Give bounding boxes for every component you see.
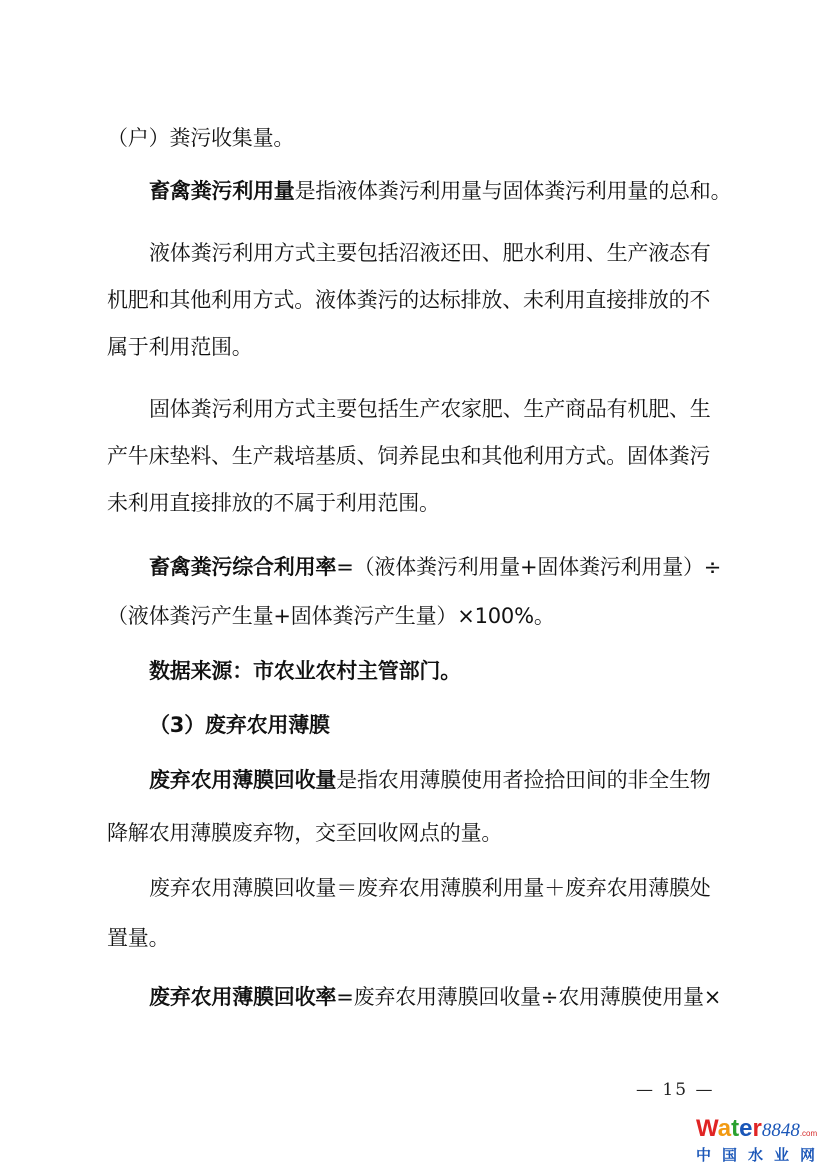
term-bold: 数据来源：市农业农村主管部门。 bbox=[149, 659, 461, 683]
paragraph-line: 降解农用薄膜废弃物，交至回收网点的量。 bbox=[107, 819, 727, 847]
paragraph-line: 固体粪污利用方式主要包括生产农家肥、生产商品有机肥、生 bbox=[149, 395, 769, 423]
line-text: 废弃农用薄膜回收量＝废弃农用薄膜利用量＋废弃农用薄膜处 bbox=[149, 876, 711, 900]
watermark-chinese-name: 中国水业网 bbox=[696, 1145, 820, 1165]
paragraph-line: 畜禽粪污综合利用率=（液体粪污利用量+固体粪污利用量）÷ bbox=[149, 553, 769, 581]
line-text: 是指农用薄膜使用者捡拾田间的非全生物 bbox=[336, 768, 710, 792]
line-text: =（液体粪污利用量+固体粪污利用量）÷ bbox=[336, 555, 721, 579]
paragraph-line: 机肥和其他利用方式。液体粪污的达标排放、未利用直接排放的不 bbox=[107, 286, 727, 314]
wm-letter: e bbox=[739, 1115, 752, 1142]
term-bold: 畜禽粪污综合利用率 bbox=[149, 555, 336, 579]
wm-letter: W bbox=[696, 1115, 718, 1142]
line-text: 机肥和其他利用方式。液体粪污的达标排放、未利用直接排放的不 bbox=[107, 288, 710, 312]
term-bold: 畜禽粪污利用量 bbox=[149, 179, 295, 203]
wm-suffix: .com bbox=[800, 1129, 817, 1138]
line-text: 液体粪污利用方式主要包括沼液还田、肥水利用、生产液态有 bbox=[149, 241, 711, 265]
document-page: （户）粪污收集量。 畜禽粪污利用量是指液体粪污利用量与固体粪污利用量的总和。 液… bbox=[0, 0, 826, 1169]
paragraph-line: 废弃农用薄膜回收量是指农用薄膜使用者捡拾田间的非全生物 bbox=[149, 766, 769, 794]
paragraph-line: 液体粪污利用方式主要包括沼液还田、肥水利用、生产液态有 bbox=[149, 239, 769, 267]
line-text: =废弃农用薄膜回收量÷农用薄膜使用量× bbox=[336, 985, 721, 1009]
paragraph-line: 畜禽粪污利用量是指液体粪污利用量与固体粪污利用量的总和。 bbox=[149, 177, 769, 205]
paragraph-line: 未利用直接排放的不属于利用范围。 bbox=[107, 489, 727, 517]
paragraph-line: 废弃农用薄膜回收量＝废弃农用薄膜利用量＋废弃农用薄膜处 bbox=[149, 874, 769, 902]
line-text: 属于利用范围。 bbox=[107, 335, 253, 359]
term-bold: 废弃农用薄膜回收率 bbox=[149, 985, 336, 1009]
wm-letter: r bbox=[752, 1115, 761, 1142]
line-text: （户）粪污收集量。 bbox=[107, 126, 294, 150]
line-text: 是指液体粪污利用量与固体粪污利用量的总和。 bbox=[295, 179, 732, 203]
wm-letter: a bbox=[718, 1115, 731, 1142]
line-text: 产牛床垫料、生产栽培基质、饲养昆虫和其他利用方式。固体粪污 bbox=[107, 444, 710, 468]
line-text: 降解农用薄膜废弃物，交至回收网点的量。 bbox=[107, 821, 502, 845]
term-bold: 废弃农用薄膜回收量 bbox=[149, 768, 336, 792]
line-text: 未利用直接排放的不属于利用范围。 bbox=[107, 491, 440, 515]
paragraph-line: 产牛床垫料、生产栽培基质、饲养昆虫和其他利用方式。固体粪污 bbox=[107, 442, 727, 470]
line-text: 置量。 bbox=[107, 926, 169, 950]
data-source-line: 数据来源：市农业农村主管部门。 bbox=[149, 657, 769, 685]
heading-text: （3）废弃农用薄膜 bbox=[149, 713, 330, 737]
paragraph-line: （户）粪污收集量。 bbox=[107, 124, 727, 152]
paragraph-line: 置量。 bbox=[107, 924, 727, 952]
watermark-logo: Water8848.com 中国水业网 bbox=[696, 1118, 820, 1165]
wm-letter: t bbox=[731, 1115, 739, 1142]
line-text: 固体粪污利用方式主要包括生产农家肥、生产商品有机肥、生 bbox=[149, 397, 711, 421]
paragraph-line: 属于利用范围。 bbox=[107, 333, 727, 361]
section-heading: （3）废弃农用薄膜 bbox=[149, 711, 769, 739]
paragraph-line: （液体粪污产生量+固体粪污产生量）×100%。 bbox=[107, 602, 727, 630]
watermark-wordmark: Water8848.com bbox=[696, 1118, 820, 1145]
paragraph-line: 废弃农用薄膜回收率=废弃农用薄膜回收量÷农用薄膜使用量× bbox=[149, 983, 769, 1011]
line-text: （液体粪污产生量+固体粪污产生量）×100%。 bbox=[107, 604, 555, 628]
wm-number: 8848 bbox=[762, 1120, 800, 1141]
page-number: — 15 — bbox=[636, 1080, 714, 1100]
